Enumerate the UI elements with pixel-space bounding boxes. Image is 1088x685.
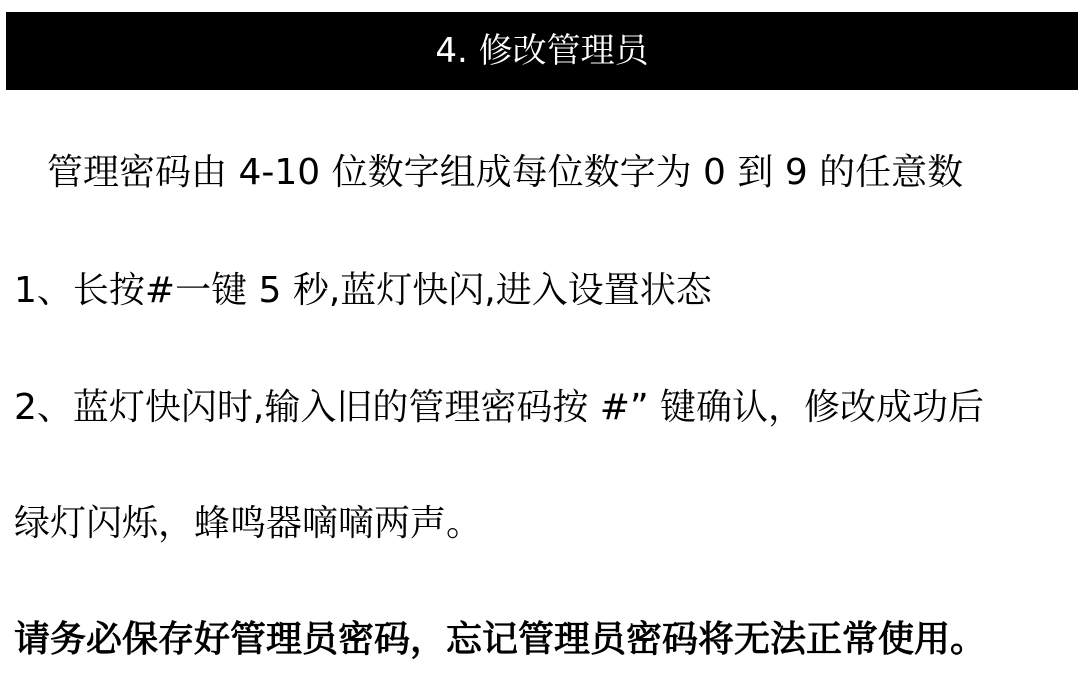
section-title: 4. 修改管理员 xyxy=(435,34,648,68)
section-header: 4. 修改管理员 xyxy=(6,12,1078,90)
step-2-text: 2、蓝灯快闪时,输入旧的管理密码按 #” 键确认，修改成功后 xyxy=(14,390,984,426)
password-rule-text: 管理密码由 4-10 位数字组成每位数字为 0 到 9 的任意数 xyxy=(47,155,963,191)
warning-text: 请务必保存好管理员密码，忘记管理员密码将无法正常使用。 xyxy=(14,622,986,658)
step-2-continuation-text: 绿灯闪烁，蜂鸣器嘀嘀两声。 xyxy=(14,506,482,542)
step-1-text: 1、长按#一键 5 秒,蓝灯快闪,进入设置状态 xyxy=(14,273,712,309)
